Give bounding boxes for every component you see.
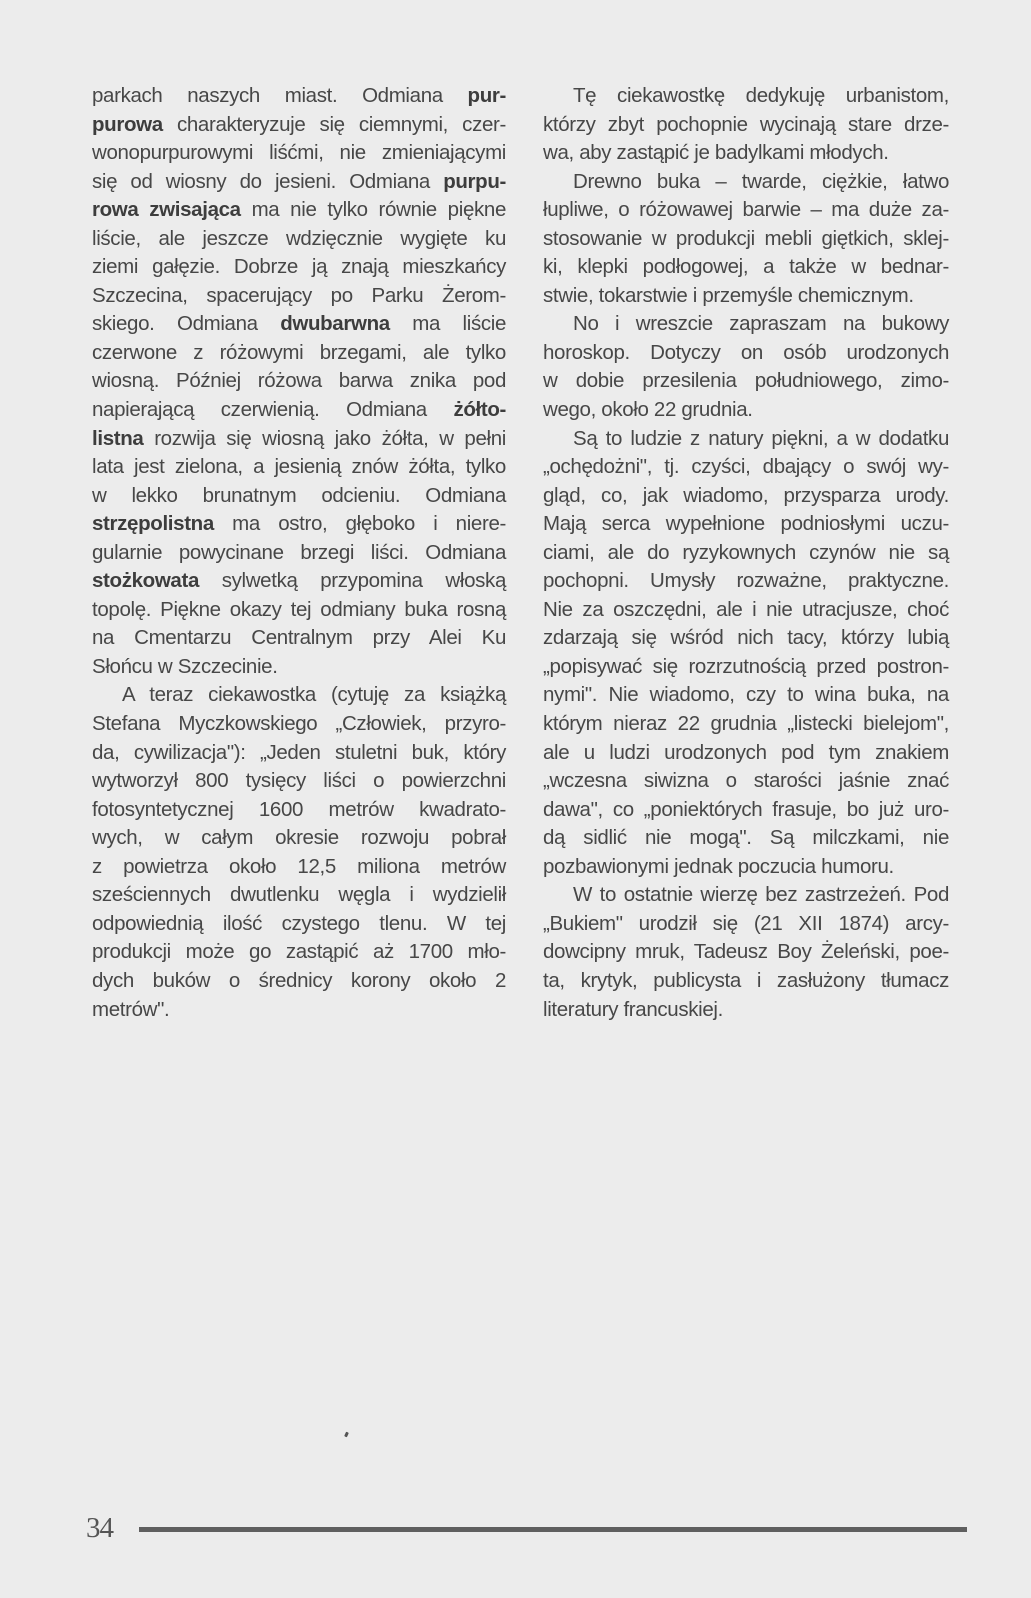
text-segment: da, cywilizacja"): „Jeden stuletni buk, … [92,741,506,764]
text-line: Są to ludzie z natury piękni, a w dodatk… [543,425,949,454]
text-line: ki, klepki podłogowej, a także w bednar- [543,253,949,282]
text-line: Mają serca wypełnione podniosłymi uczu- [543,510,949,539]
bold-term: purowa [92,113,163,136]
text-line: gularnie powycinane brzegi liści. Odmian… [92,539,506,568]
text-segment: charakteryzuje się ciemnymi, czer- [163,113,506,136]
text-line: w dobie przesilenia południowego, zimo- [543,367,949,396]
text-segment: nymi". Nie wiadomo, czy to wina buka, na [543,683,949,706]
text-line: topolę. Piękne okazy tej odmiany buka ro… [92,596,506,625]
text-line: skiego. Odmiana dwubarwna ma liście [92,310,506,339]
text-segment: ale u ludzi urodzonych pod tym znakiem [543,741,949,764]
text-line: stwie, tokarstwie i przemyśle chemicznym… [543,282,949,311]
text-line: fotosyntetycznej 1600 metrów kwadrato- [92,796,506,825]
scan-speck-mark [344,1432,349,1438]
text-line: ta, krytyk, publicysta i zasłużony tłuma… [543,967,949,996]
text-segment: metrów". [92,998,169,1021]
text-line: Słońcu w Szczecinie. [92,653,506,682]
text-line: „popisywać się rozrzutnością przed postr… [543,653,949,682]
text-segment: wa, aby zastąpić je badylkami młodych. [543,141,889,164]
text-segment: czerwone z różowymi brzegami, ale tylko [92,341,506,364]
text-segment: sześciennych dwutlenku węgla i wydzielił [92,883,506,906]
text-line: ciami, ale do ryzykownych czynów nie są [543,539,949,568]
bold-term: rowa zwisająca [92,198,241,221]
text-segment: wiosną. Później różowa barwa znika pod [92,369,506,392]
text-line: w lekko brunatnym odcieniu. Odmiana [92,482,506,511]
footer-rule-divider [139,1527,967,1532]
text-segment: ma nie tylko równie piękne [241,198,506,221]
text-line: którzy zbyt pochopnie wycinają stare drz… [543,111,949,140]
text-segment: „popisywać się rozrzutnością przed postr… [543,655,949,678]
text-line: gląd, co, jak wiadomo, przysparza urody. [543,482,949,511]
text-segment: Szczecina, spacerujący po Parku Żerom- [92,284,506,307]
text-segment: ciami, ale do ryzykownych czynów nie są [543,541,949,564]
text-line: nymi". Nie wiadomo, czy to wina buka, na [543,681,949,710]
text-line: purowa charakteryzuje się ciemnymi, czer… [92,111,506,140]
text-segment: rozwija się wiosną jako żółta, w pełni [143,427,506,450]
text-segment: dawa", co „poniektórych frasuje, bo już … [543,798,949,821]
text-segment: w lekko brunatnym odcieniu. Odmiana [92,484,506,507]
text-line: pochopni. Umysły rozważne, praktyczne. [543,567,949,596]
text-segment: ma ostro, głęboko i niere- [214,512,506,535]
text-line: liście, ale jeszcze wdzięcznie wygięte k… [92,225,506,254]
text-segment: fotosyntetycznej 1600 metrów kwadrato- [92,798,506,821]
text-segment: liście, ale jeszcze wdzięcznie wygięte k… [92,227,506,250]
text-line: którym nieraz 22 grudnia „listecki biele… [543,710,949,739]
text-segment: dą sidlić nie mogą". Są milczkami, nie [543,826,949,849]
text-line: stosowanie w produkcji mebli giętkich, s… [543,225,949,254]
text-line: wytworzył 800 tysięcy liści o powierzchn… [92,767,506,796]
bold-term: purpu- [443,170,506,193]
text-segment: produkcji może go zastąpić aż 1700 mło- [92,940,506,963]
text-line: wych, w całym okresie rozwoju pobrał [92,824,506,853]
text-line: Nie za oszczędni, ale i nie utracjusze, … [543,596,949,625]
text-segment: „Bukiem" urodził się (21 XII 1874) arcy- [543,912,949,935]
text-segment: na Cmentarzu Centralnym przy Alei Ku [92,626,506,649]
bold-term: dwubarwna [280,312,390,335]
text-segment: dowcipny mruk, Tadeusz Boy Żeleński, poe… [543,940,949,963]
text-line: pozbawionymi jednak poczucia humoru. [543,853,949,882]
text-line: dych buków o średnicy korony około 2 [92,967,506,996]
text-line: da, cywilizacja"): „Jeden stuletni buk, … [92,739,506,768]
text-segment: stwie, tokarstwie i przemyśle chemicznym… [543,284,914,307]
text-line: lata jest zielona, a jesienią znów żółta… [92,453,506,482]
text-segment: napierającą czerwienią. Odmiana [92,398,453,421]
text-segment: Nie za oszczędni, ale i nie utracjusze, … [543,598,949,621]
text-segment: horoskop. Dotyczy on osób urodzonych [543,341,949,364]
text-line: wonopurpurowymi liśćmi, nie zmieniającym… [92,139,506,168]
left-text-column: parkach naszych miast. Odmiana pur-purow… [92,82,506,1024]
bold-term: stożkowata [92,569,199,592]
text-line: wiosną. Później różowa barwa znika pod [92,367,506,396]
text-line: „Bukiem" urodził się (21 XII 1874) arcy- [543,910,949,939]
text-segment: Są to ludzie z natury piękni, a w dodatk… [573,427,949,450]
text-line: wego, około 22 grudnia. [543,396,949,425]
text-line: Drewno buka – twarde, ciężkie, łatwo [543,168,949,197]
text-segment: się od wiosny do jesieni. Odmiana [92,170,443,193]
text-segment: A teraz ciekawostka (cytuję za książką [122,683,506,706]
text-segment: w dobie przesilenia południowego, zimo- [543,369,949,392]
text-segment: topolę. Piękne okazy tej odmiany buka ro… [92,598,506,621]
text-segment: pozbawionymi jednak poczucia humoru. [543,855,894,878]
text-segment: ta, krytyk, publicysta i zasłużony tłuma… [543,969,949,992]
text-segment: ki, klepki podłogowej, a także w bednar- [543,255,949,278]
text-line: Tę ciekawostkę dedykuję urbanistom, [543,82,949,111]
text-segment: z powietrza około 12,5 miliona metrów [92,855,506,878]
bold-term: pur- [468,84,506,107]
text-line: metrów". [92,996,506,1025]
text-line: dą sidlić nie mogą". Są milczkami, nie [543,824,949,853]
text-segment: którzy zbyt pochopnie wycinają stare drz… [543,113,949,136]
text-segment: Mają serca wypełnione podniosłymi uczu- [543,512,949,535]
right-text-column: Tę ciekawostkę dedykuję urbanistom,którz… [543,82,949,1024]
text-line: ale u ludzi urodzonych pod tym znakiem [543,739,949,768]
text-line: zdarzają się wśród nich tacy, którzy lub… [543,624,949,653]
page-number: 34 [86,1512,113,1545]
text-line: wa, aby zastąpić je badylkami młodych. [543,139,949,168]
text-segment: stosowanie w produkcji mebli giętkich, s… [543,227,949,250]
text-segment: W to ostatnie wierzę bez zastrzeżeń. Pod [573,883,949,906]
text-segment: zdarzają się wśród nich tacy, którzy lub… [543,626,949,649]
text-line: łupliwe, o różowawej barwie – ma duże za… [543,196,949,225]
bold-term: żółto- [453,398,506,421]
text-segment: Słońcu w Szczecinie. [92,655,278,678]
text-segment: Stefana Myczkowskiego „Człowiek, przyro- [92,712,506,735]
text-line: strzępolistna ma ostro, głęboko i niere- [92,510,506,539]
text-segment: „ochędożni", tj. czyści, dbający o swój … [543,455,949,478]
text-line: parkach naszych miast. Odmiana pur- [92,82,506,111]
text-segment: sylwetką przypomina włoską [199,569,506,592]
text-segment: wych, w całym okresie rozwoju pobrał [92,826,506,849]
text-line: listna rozwija się wiosną jako żółta, w … [92,425,506,454]
text-line: horoskop. Dotyczy on osób urodzonych [543,339,949,368]
book-page: parkach naszych miast. Odmiana pur-purow… [0,0,1031,1598]
text-segment: No i wreszcie zapraszam na bukowy [573,312,949,335]
text-segment: ma liście [390,312,506,335]
text-segment: lata jest zielona, a jesienią znów żółta… [92,455,506,478]
text-line: No i wreszcie zapraszam na bukowy [543,310,949,339]
text-segment: dych buków o średnicy korony około 2 [92,969,506,992]
bold-term: listna [92,427,143,450]
text-line: z powietrza około 12,5 miliona metrów [92,853,506,882]
text-line: W to ostatnie wierzę bez zastrzeżeń. Pod [543,881,949,910]
text-line: stożkowata sylwetką przypomina włoską [92,567,506,596]
text-line: Szczecina, spacerujący po Parku Żerom- [92,282,506,311]
text-segment: odpowiednią ilość czystego tlenu. W tej [92,912,506,935]
text-segment: literatury francuskiej. [543,998,723,1021]
text-segment: ziemi gałęzie. Dobrze ją znają mieszkańc… [92,255,506,278]
text-segment: wytworzył 800 tysięcy liści o powierzchn… [92,769,506,792]
text-segment: pochopni. Umysły rozważne, praktyczne. [543,569,949,592]
text-line: literatury francuskiej. [543,996,949,1025]
text-line: A teraz ciekawostka (cytuję za książką [92,681,506,710]
text-line: napierającą czerwienią. Odmiana żółto- [92,396,506,425]
text-line: odpowiednią ilość czystego tlenu. W tej [92,910,506,939]
text-line: się od wiosny do jesieni. Odmiana purpu- [92,168,506,197]
text-segment: gląd, co, jak wiadomo, przysparza urody. [543,484,949,507]
text-line: dowcipny mruk, Tadeusz Boy Żeleński, poe… [543,938,949,967]
text-segment: parkach naszych miast. Odmiana [92,84,468,107]
text-segment: łupliwe, o różowawej barwie – ma duże za… [543,198,949,221]
text-line: rowa zwisająca ma nie tylko równie piękn… [92,196,506,225]
text-segment: skiego. Odmiana [92,312,280,335]
text-line: „wczesna siwizna o starości jaśnie znać [543,767,949,796]
text-line: produkcji może go zastąpić aż 1700 mło- [92,938,506,967]
text-line: ziemi gałęzie. Dobrze ją znają mieszkańc… [92,253,506,282]
text-line: „ochędożni", tj. czyści, dbający o swój … [543,453,949,482]
text-line: Stefana Myczkowskiego „Człowiek, przyro- [92,710,506,739]
text-segment: „wczesna siwizna o starości jaśnie znać [543,769,949,792]
text-line: dawa", co „poniektórych frasuje, bo już … [543,796,949,825]
text-segment: Drewno buka – twarde, ciężkie, łatwo [573,170,949,193]
text-line: sześciennych dwutlenku węgla i wydzielił [92,881,506,910]
bold-term: strzępolistna [92,512,214,535]
text-segment: Tę ciekawostkę dedykuję urbanistom, [573,84,949,107]
text-segment: wonopurpurowymi liśćmi, nie zmieniającym… [92,141,506,164]
text-line: czerwone z różowymi brzegami, ale tylko [92,339,506,368]
text-segment: wego, około 22 grudnia. [543,398,753,421]
text-segment: którym nieraz 22 grudnia „listecki biele… [543,712,949,735]
text-line: na Cmentarzu Centralnym przy Alei Ku [92,624,506,653]
text-segment: gularnie powycinane brzegi liści. Odmian… [92,541,506,564]
